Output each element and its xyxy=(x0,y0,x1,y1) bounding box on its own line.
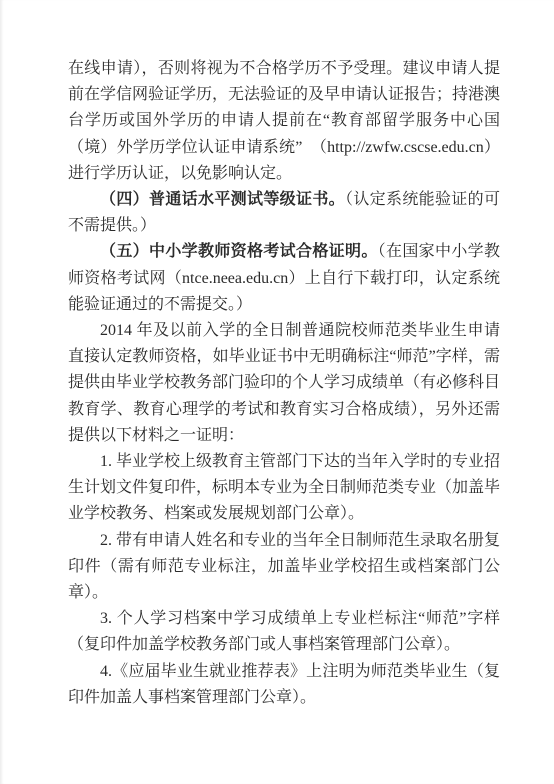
paragraph-2014-text: 2014 年及以前入学的全日制普通院校师范类毕业生申请直接认定教师资格，如毕业证… xyxy=(68,322,500,444)
paragraph-degree-verification-continued: 在线申请），否则将视为不合格学历不予受理。建议申请人提前在学信网验证学历，无法验… xyxy=(68,56,500,187)
document-page: 在线申请），否则将视为不合格学历不予受理。建议申请人提前在学信网验证学历，无法验… xyxy=(0,0,554,784)
paragraph-2014-normal-graduates: 2014 年及以前入学的全日制普通院校师范类毕业生申请直接认定教师资格，如毕业证… xyxy=(68,318,500,449)
document-text-block: 在线申请），否则将视为不合格学历不予受理。建议申请人提前在学信网验证学历，无法验… xyxy=(68,56,500,711)
item-5-heading: （五）中小学教师资格考试合格证明。 xyxy=(100,243,378,260)
list-item-4-text: 4.《应届毕业生就业推荐表》上注明为师范类毕业生（复印件加盖人事档案管理部门公章… xyxy=(68,663,500,706)
list-item-3-transcript-label: 3. 个人学习档案中学习成绩单上专业栏标注“师范”字样（复印件加盖学校教务部门或… xyxy=(68,606,500,658)
list-item-2-text: 2. 带有申请人姓名和专业的当年全日制师范生录取名册复印件（需有师范专业标注，加… xyxy=(68,532,500,601)
list-item-1-text: 1. 毕业学校上级教育主管部门下达的当年入学时的专业招生计划文件复印件，标明本专… xyxy=(68,453,500,522)
list-item-4-employment-recommendation: 4.《应届毕业生就业推荐表》上注明为师范类毕业生（复印件加盖人事档案管理部门公章… xyxy=(68,659,500,711)
paragraph-item-5-exam-certificate: （五）中小学教师资格考试合格证明。（在国家中小学教师资格考试网（ntce.nee… xyxy=(68,239,500,318)
paragraph-item-4-putonghua-certificate: （四）普通话水平测试等级证书。（认定系统能验证的可不需提供。） xyxy=(68,187,500,239)
list-item-2-admission-roster: 2. 带有申请人姓名和专业的当年全日制师范生录取名册复印件（需有师范专业标注，加… xyxy=(68,528,500,607)
list-item-1-enrollment-plan: 1. 毕业学校上级教育主管部门下达的当年入学时的专业招生计划文件复印件，标明本专… xyxy=(68,449,500,528)
item-4-heading: （四）普通话水平测试等级证书。 xyxy=(100,191,345,208)
paragraph-degree-verification-text: 在线申请），否则将视为不合格学历不予受理。建议申请人提前在学信网验证学历，无法验… xyxy=(68,60,500,182)
list-item-3-text: 3. 个人学习档案中学习成绩单上专业栏标注“师范”字样（复印件加盖学校教务部门或… xyxy=(68,610,500,653)
